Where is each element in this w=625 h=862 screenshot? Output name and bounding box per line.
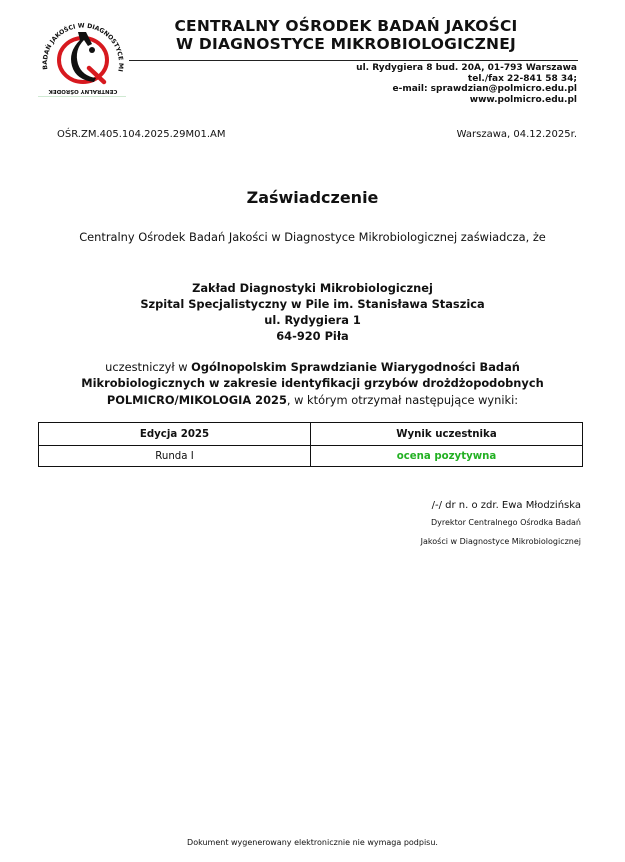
signatory-name: /-/ dr n. o zdr. Ewa Młodzińska (421, 499, 581, 513)
contact-block: ul. Rydygiera 8 bud. 20A, 01-793 Warszaw… (356, 63, 577, 105)
organization-name-line1: CENTRALNY OŚRODEK BADAŃ JAKOŚCI (140, 17, 552, 35)
intro-text: Centralny Ośrodek Badań Jakości w Diagno… (0, 230, 625, 244)
results-table-header: Edycja 2025 Wynik uczestnika (39, 423, 583, 446)
footer-note: Dokument wygenerowany elektronicznie nie… (0, 838, 625, 847)
recipient-city: 64-920 Piła (0, 328, 625, 344)
place-date: Warszawa, 04.12.2025r. (457, 129, 577, 140)
signatory-role-line1: Dyrektor Centralnego Ośrodka Badań (421, 513, 581, 532)
participation-prefix: uczestniczył w (105, 360, 191, 374)
round-cell: Runda I (39, 446, 311, 467)
signature-block: /-/ dr n. o zdr. Ewa Młodzińska Dyrektor… (421, 499, 581, 551)
table-row: Runda I ocena pozytywna (39, 446, 583, 467)
document-title: Zaświadczenie (0, 188, 625, 207)
organization-name-line2: W DIAGNOSTYCE MIKROBIOLOGICZNEJ (140, 35, 552, 53)
organization-logo: BADAŃ JAKOŚCI W DIAGNOSTYCE MIKROBIOLOGI… (34, 10, 132, 100)
recipient-department: Zakład Diagnostyki Mikrobiologicznej (0, 280, 625, 296)
address: ul. Rydygiera 8 bud. 20A, 01-793 Warszaw… (356, 63, 577, 74)
recipient-street: ul. Rydygiera 1 (0, 312, 625, 328)
phone: tel./fax 22-841 58 34; (356, 74, 577, 85)
recipient-institution: Szpital Specjalistyczny w Pile im. Stani… (0, 296, 625, 312)
participation-suffix: , w którym otrzymał następujące wyniki: (287, 393, 518, 407)
participation-text: uczestniczył w Ogólnopolskim Sprawdziani… (50, 359, 575, 408)
organization-name: CENTRALNY OŚRODEK BADAŃ JAKOŚCI W DIAGNO… (140, 17, 552, 53)
microscope-q-logo-icon: BADAŃ JAKOŚCI W DIAGNOSTYCE MIKROBIOLOGI… (34, 10, 132, 100)
email: e-mail: sprawdzian@polmicro.edu.pl (356, 84, 577, 95)
reference-number: OŚR.ZM.405.104.2025.29M01.AM (57, 129, 226, 140)
header-edition: Edycja 2025 (39, 423, 311, 446)
results-table: Edycja 2025 Wynik uczestnika Runda I oce… (38, 422, 583, 467)
header-divider (129, 60, 578, 61)
header-result: Wynik uczestnika (311, 423, 583, 446)
website: www.polmicro.edu.pl (356, 95, 577, 106)
recipient-block: Zakład Diagnostyki Mikrobiologicznej Szp… (0, 280, 625, 344)
result-cell: ocena pozytywna (311, 446, 583, 467)
signatory-role-line2: Jakości w Diagnostyce Mikrobiologicznej (421, 532, 581, 551)
logo-underline (38, 96, 126, 97)
svg-text:CENTRALNY OŚRODEK: CENTRALNY OŚRODEK (48, 88, 118, 95)
